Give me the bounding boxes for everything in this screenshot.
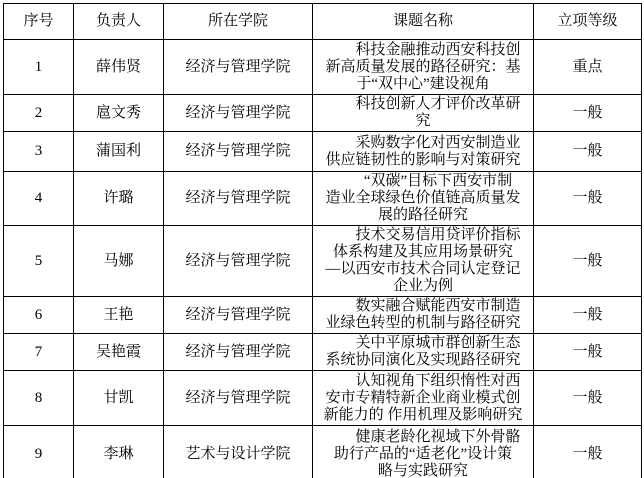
college-cell: 经济与管理学院 — [164, 40, 313, 95]
college-cell: 艺术与设计学院 — [164, 426, 313, 478]
level-cell: 一般 — [534, 334, 642, 371]
college-cell: 经济与管理学院 — [164, 371, 313, 426]
project-title-cell: 采购数字化对西安制造业 供应链韧性的影响与对策研究 — [313, 132, 534, 172]
level-cell: 一般 — [534, 226, 642, 297]
project-title-cell: 数实融合赋能西安市制造 业绿色转型的机制与路径研究 — [313, 297, 534, 334]
row-number-cell: 4 — [4, 172, 74, 226]
table-row: 6 王艳 经济与管理学院 数实融合赋能西安市制造 业绿色转型的机制与路径研究 一… — [4, 297, 642, 334]
level-cell: 重点 — [534, 40, 642, 95]
leader-cell: 蒲国利 — [74, 132, 164, 172]
leader-cell: 薛伟贤 — [74, 40, 164, 95]
row-number-cell: 8 — [4, 371, 74, 426]
header-level: 立项等级 — [534, 4, 642, 40]
row-number-cell: 3 — [4, 132, 74, 172]
header-leader: 负责人 — [74, 4, 164, 40]
leader-cell: 王艳 — [74, 297, 164, 334]
header-college: 所在学院 — [164, 4, 313, 40]
table-row: 4 许璐 经济与管理学院 “双碳”目标下西安市制 造业全球绿色价值链高质量发 展… — [4, 172, 642, 226]
college-cell: 经济与管理学院 — [164, 95, 313, 132]
page: 序号 负责人 所在学院 课题名称 立项等级 1 薛伟贤 经济与管理学院 科技金融… — [0, 0, 644, 478]
leader-cell: 许璐 — [74, 172, 164, 226]
college-cell: 经济与管理学院 — [164, 297, 313, 334]
project-title-cell: 科技金融推动西安科技创 新高质量发展的路径研究：基 于“双中心”建设视角 — [313, 40, 534, 95]
row-number-cell: 6 — [4, 297, 74, 334]
leader-cell: 甘凯 — [74, 371, 164, 426]
college-cell: 经济与管理学院 — [164, 132, 313, 172]
level-cell: 一般 — [534, 172, 642, 226]
table-row: 1 薛伟贤 经济与管理学院 科技金融推动西安科技创 新高质量发展的路径研究：基 … — [4, 40, 642, 95]
table-row: 7 吴艳霞 经济与管理学院 关中平原城市群创新生态 系统协同演化及实现路径研究 … — [4, 334, 642, 371]
header-no: 序号 — [4, 4, 74, 40]
level-cell: 一般 — [534, 297, 642, 334]
project-title-cell: 认知视角下组织惰性对西 安市专精特新企业商业模式创 新能力的 作用机理及影响研究 — [313, 371, 534, 426]
table-row: 8 甘凯 经济与管理学院 认知视角下组织惰性对西 安市专精特新企业商业模式创 新… — [4, 371, 642, 426]
project-approval-table: 序号 负责人 所在学院 课题名称 立项等级 1 薛伟贤 经济与管理学院 科技金融… — [3, 3, 642, 478]
level-cell: 一般 — [534, 371, 642, 426]
table-row: 2 扈文秀 经济与管理学院 科技创新人才评价改革研 究 一般 — [4, 95, 642, 132]
leader-cell: 吴艳霞 — [74, 334, 164, 371]
row-number-cell: 2 — [4, 95, 74, 132]
row-number-cell: 7 — [4, 334, 74, 371]
row-number-cell: 1 — [4, 40, 74, 95]
leader-cell: 李琳 — [74, 426, 164, 478]
college-cell: 经济与管理学院 — [164, 226, 313, 297]
level-cell: 一般 — [534, 132, 642, 172]
level-cell: 一般 — [534, 95, 642, 132]
table-row: 9 李琳 艺术与设计学院 健康老龄化视域下外骨骼 助行产品的“适老化”设计策 略… — [4, 426, 642, 478]
table-row: 5 马娜 经济与管理学院 技术交易信用贷评价指标 体系构建及其应用场景研究 —以… — [4, 226, 642, 297]
project-title-cell: 关中平原城市群创新生态 系统协同演化及实现路径研究 — [313, 334, 534, 371]
college-cell: 经济与管理学院 — [164, 334, 313, 371]
level-cell: 一般 — [534, 426, 642, 478]
row-number-cell: 5 — [4, 226, 74, 297]
table-row: 3 蒲国利 经济与管理学院 采购数字化对西安制造业 供应链韧性的影响与对策研究 … — [4, 132, 642, 172]
row-number-cell: 9 — [4, 426, 74, 478]
college-cell: 经济与管理学院 — [164, 172, 313, 226]
project-title-cell: “双碳”目标下西安市制 造业全球绿色价值链高质量发 展的路径研究 — [313, 172, 534, 226]
header-row: 序号 负责人 所在学院 课题名称 立项等级 — [4, 4, 642, 40]
header-title: 课题名称 — [313, 4, 534, 40]
project-title-cell: 健康老龄化视域下外骨骼 助行产品的“适老化”设计策 略与实践研究 — [313, 426, 534, 478]
leader-cell: 扈文秀 — [74, 95, 164, 132]
project-title-cell: 科技创新人才评价改革研 究 — [313, 95, 534, 132]
project-title-cell: 技术交易信用贷评价指标 体系构建及其应用场景研究 —以西安市技术合同认定登记 企… — [313, 226, 534, 297]
leader-cell: 马娜 — [74, 226, 164, 297]
